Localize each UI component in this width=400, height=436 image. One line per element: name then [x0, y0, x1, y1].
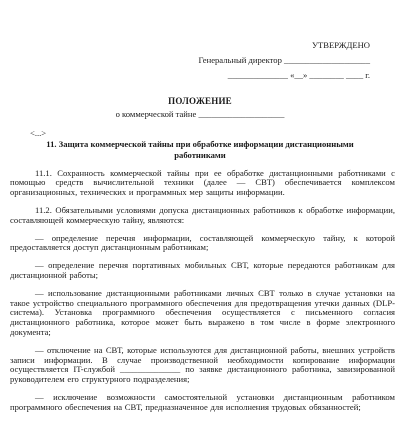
clause-item-information-list: — определение перечня информации, состав…	[10, 234, 395, 254]
document-page: УТВЕРЖДЕНО Генеральный директор ________…	[0, 0, 400, 436]
document-title: ПОЛОЖЕНИЕ	[0, 97, 400, 107]
clause-11-2: 11.2. Обязательными условиями допуска ди…	[10, 206, 395, 226]
approval-date-line: ______________ «__» ________ ____ г.	[0, 68, 370, 83]
director-signature-line: Генеральный директор ___________________…	[0, 53, 370, 68]
clause-item-personal-devices-dlp: — использование дистанционными работника…	[10, 289, 395, 338]
clause-item-software-install-restriction: — исключение возможности самостоятельной…	[10, 393, 395, 413]
clause-11-1: 11.1. Сохранность коммерческой тайны при…	[10, 169, 395, 198]
clause-item-external-storage-disable: — отключение на СВТ, которые используютс…	[10, 346, 395, 385]
clause-item-portable-devices: — определение перечня портативных мобиль…	[10, 261, 395, 281]
section-heading: 11. Защита коммерческой тайны при обрабо…	[25, 139, 375, 160]
approval-block: УТВЕРЖДЕНО Генеральный директор ________…	[0, 38, 400, 83]
document-subtitle: о коммерческой тайне ___________________…	[0, 110, 400, 120]
approved-stamp: УТВЕРЖДЕНО	[0, 38, 370, 53]
omitted-text-marker: <...>	[30, 129, 400, 139]
